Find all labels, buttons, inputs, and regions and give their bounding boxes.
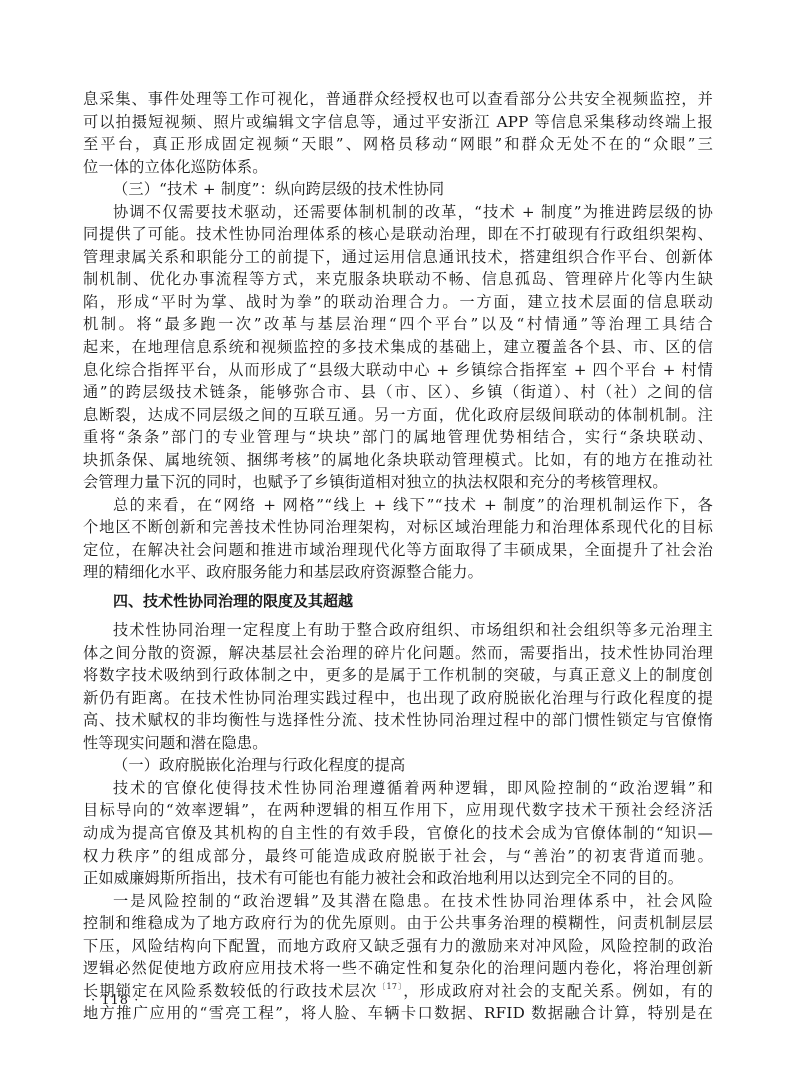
- text-line: 总的来看，在“网络 + 网格”“线上 + 线下”“技术 + 制度”的治理机制运作…: [83, 494, 713, 517]
- body-text-upper: 息采集、事件处理等工作可视化，普通群众经授权也可以查看部分公共安全视频监控，并可…: [83, 88, 713, 584]
- text-line: 管理隶属关系和职能分工的前提下，通过运用信息通讯技术，搭建组织合作平台、创新体: [83, 246, 713, 269]
- text-line: 地方推广应用的“雪亮工程”，将人脸、车辆卡口数据、RFID 数据融合计算，特别是…: [83, 1002, 713, 1025]
- text-line: 高、技术赋权的非均衡性与选择性分流、技术性协同治理过程中的部门惯性锁定与官僚惰: [83, 709, 713, 732]
- text-line: 权力秩序”的组成部分，最终可能造成政府脱嵌于社会，与“善治”的初衷背道而驰。: [83, 845, 713, 868]
- text-line: 下压，风险结构向下配置，而地方政府又缺乏强有力的激励来对冲风险，风险控制的政治: [83, 935, 713, 958]
- citation-ref: 〔17〕: [377, 982, 403, 991]
- text-line: 息化综合指挥平台，从而形成了“县级大联动中心 + 乡镇综合指挥室 + 四个平台 …: [83, 359, 713, 382]
- text-line: 性等现实问题和潜在隐患。: [83, 732, 713, 755]
- text-line: 重将“条条”部门的专业管理与“块块”部门的属地管理优势相结合，实行“条块联动、: [83, 426, 713, 449]
- text-line: 同提供了可能。技术性协同治理体系的核心是联动治理，即在不打破现有行政组织架构、: [83, 223, 713, 246]
- text-line: 息断裂，达成不同层级之间的互联互通。另一方面，优化政府层级间联动的体制机制。注: [83, 404, 713, 427]
- text-line: （三）“技术 + 制度”：纵向跨层级的技术性协同: [83, 178, 713, 201]
- text-line: 块抓条保、属地统领、捆绑考核”的属地化条块联动管理模式。比如，有的地方在推动社: [83, 449, 713, 472]
- page-number: · 118 ·: [91, 993, 139, 1008]
- text-line: 正如威廉姆斯所指出，技术有可能也有能力被社会和政治地利用以达到完全不同的目的。: [83, 867, 713, 890]
- paper-page: 息采集、事件处理等工作可视化，普通群众经授权也可以查看部分公共安全视频监控，并可…: [83, 88, 713, 1025]
- text-line: 将数字技术吸纳到行政体制之中，更多的是属于工作机制的突破，与真正意义上的制度创: [83, 664, 713, 687]
- text-line: 息采集、事件处理等工作可视化，普通群众经授权也可以查看部分公共安全视频监控，并: [83, 88, 713, 111]
- text-line: 个地区不断创新和完善技术性协同治理架构，对标区域治理能力和治理体系现代化的目标: [83, 516, 713, 539]
- text-line: 目标导向的“效率逻辑”，在两种逻辑的相互作用下，应用现代数字技术干预社会经济活: [83, 799, 713, 822]
- text-line: 新仍有距离。在技术性协同治理实践过程中，也出现了政府脱嵌化治理与行政化程度的提: [83, 687, 713, 710]
- text-line: 理的精细化水平、政府服务能力和基层政府资源整合能力。: [83, 561, 713, 584]
- text-line: （一）政府脱嵌化治理与行政化程度的提高: [83, 754, 713, 777]
- text-line: 起来，在地理信息系统和视频监控的多技术集成的基础上，建立覆盖各个县、市、区的信: [83, 336, 713, 359]
- text-line: 体之间分散的资源，解决基层社会治理的碎片化问题。然而，需要指出，技术性协同治理: [83, 642, 713, 665]
- text-line: 定位，在解决社会问题和推进市域治理现代化等方面取得了丰硕成果，全面提升了社会治: [83, 539, 713, 562]
- text-line: 技术的官僚化使得技术性协同治理遵循着两种逻辑，即风险控制的“政治逻辑”和: [83, 777, 713, 800]
- text-segment: ，形成政府对社会的支配关系。例如，有的: [403, 982, 713, 1000]
- text-line: 机制。将“最多跑一次”改革与基层治理“四个平台”以及“村情通”等治理工具结合: [83, 313, 713, 336]
- text-line: 通”的跨层级技术链条，能够弥合市、县（市、区）、乡镇（街道）、村（社）之间的信: [83, 381, 713, 404]
- text-line: 控制和维稳成为了地方政府行为的优先原则。由于公共事务治理的模糊性，问责机制层层: [83, 912, 713, 935]
- text-line: 长期锁定在风险系数较低的行政技术层次〔17〕，形成政府对社会的支配关系。例如，有…: [83, 980, 713, 1003]
- text-line: 可以拍摄短视频、照片或编辑文字信息等，通过平安浙江 APP 等信息采集移动终端上…: [83, 111, 713, 134]
- body-text-lower: 技术性协同治理一定程度上有助于整合政府组织、市场组织和社会组织等多元治理主体之间…: [83, 619, 713, 1025]
- text-line: 至平台，真正形成固定视频“天眼”、网格员移动“网眼”和群众无处不在的“众眼”三: [83, 133, 713, 156]
- text-line: 协调不仅需要技术驱动，还需要体制机制的改革，“技术 + 制度”为推进跨层级的协: [83, 201, 713, 224]
- text-line: 一是风险控制的“政治逻辑”及其潜在隐患。在技术性协同治理体系中，社会风险: [83, 890, 713, 913]
- text-line: 逻辑必然促使地方政府应用技术将一些不确定性和复杂化的治理问题内卷化，将治理创新: [83, 957, 713, 980]
- text-line: 位一体的立体化巡防体系。: [83, 156, 713, 179]
- text-line: 陷，形成“平时为掌、战时为拳”的联动治理合力。一方面，建立技术层面的信息联动: [83, 291, 713, 314]
- section-heading: 四、技术性协同治理的限度及其超越: [83, 590, 713, 612]
- text-line: 会管理力量下沉的同时，也赋予了乡镇街道相对独立的执法权限和充分的考核管理权。: [83, 471, 713, 494]
- text-line: 技术性协同治理一定程度上有助于整合政府组织、市场组织和社会组织等多元治理主: [83, 619, 713, 642]
- text-line: 动成为提高官僚及其机构的自主性的有效手段，官僚化的技术会成为官僚体制的“知识—: [83, 822, 713, 845]
- text-line: 制机制、优化办事流程等方式，来克服条块联动不畅、信息孤岛、管理碎片化等内生缺: [83, 268, 713, 291]
